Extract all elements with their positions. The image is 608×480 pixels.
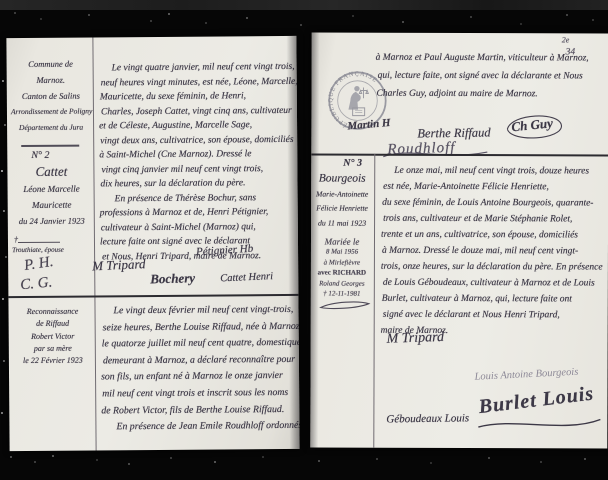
- manuscript-line: cultivateur à Saint-Michel (Marnoz) qui,: [101, 219, 296, 235]
- signature-bourgeois-faded: Louis Antoine Bourgeois: [474, 367, 578, 383]
- signature-cattet: Cattet Henri: [220, 271, 273, 284]
- film-speckles-left: [1, 60, 3, 62]
- act2-margin-line: Reconnaissance: [10, 305, 94, 318]
- manuscript-line: à Saint-Michel (Cne Marnoz). Dressé le: [99, 147, 295, 163]
- mention-line: avec RICHARD: [313, 268, 371, 279]
- signature-geboudeaux: Géboudeaux Louis: [386, 412, 469, 425]
- mention-line: à Mirlefièvre: [313, 257, 371, 268]
- commune-line: Arrondissement de Poligny: [11, 103, 91, 120]
- manuscript-line: professions à Marnoz et de, Henri Pétign…: [100, 205, 296, 221]
- manuscript-line: Mauricette, du sexe féminin, de Henri,: [100, 89, 295, 105]
- manuscript-line: du sexe féminin, de Louis Antoine Bourge…: [382, 195, 605, 212]
- manuscript-line: trois ans, cultivateur et de Marie Stéph…: [383, 211, 605, 228]
- act2-margin-line: Robert Victor: [11, 330, 95, 343]
- signature-flourish-oval: [503, 111, 565, 143]
- act3-surname: Bourgeois: [311, 170, 373, 187]
- mention-cross: †: [14, 235, 18, 244]
- signature-burlet: Burlet Louis: [477, 382, 595, 419]
- marianne-figure: [348, 86, 368, 116]
- manuscript-line: demeurant à Marnoz, a déclaré reconnaîtr…: [103, 352, 297, 370]
- act3-date: du 11 mai 1923: [311, 215, 373, 231]
- margin-mention: Trouthiate, épouse: [12, 246, 64, 254]
- film-noise-top: [0, 0, 608, 10]
- act-number: N° 3: [343, 158, 362, 169]
- mention-divider: [18, 242, 60, 243]
- act1-firstnames: Léone Marcelle: [10, 180, 94, 197]
- manuscript-line: son fils, un enfant né à Marnoz le onze …: [101, 368, 297, 386]
- act1-body: Le vingt quatre janvier, mil neuf cent v…: [99, 60, 297, 265]
- manuscript-line: trois, onze heures, sur la déclaration d…: [381, 259, 605, 276]
- act2-body: Le vingt deux février mil neuf cent ving…: [100, 302, 297, 436]
- microfilm-scan: Commune de Marnoz. Canton de Salins Arro…: [0, 0, 608, 480]
- mention-line: 8 Mai 1956: [313, 247, 371, 258]
- manuscript-line: vingt deux ans, cultivatrice, son épouse…: [100, 132, 295, 148]
- manuscript-line: seize heures, Berthe Louise Riffaud, née…: [103, 318, 297, 336]
- margin-initials: C. G.: [20, 274, 54, 294]
- marriage-mention: Mariée le 8 Mai 1956 à Mirlefièvre avec …: [313, 236, 371, 299]
- register-right-page: 2e 34 RÉPUBLIQUE FRANÇAISE: [310, 32, 608, 448]
- film-speckles-top: [0, 4, 2, 6]
- manuscript-line: dix heures, sur la déclaration du père.: [100, 176, 295, 192]
- manuscript-line: est née, Marie-Antoinette Félicie Henrie…: [383, 179, 605, 196]
- manuscript-line: à Marnoz. Dressé le douze mai, mil neuf …: [382, 243, 605, 260]
- manuscript-line: et de Céleste, Augustine, Marcelle Sage,: [99, 118, 295, 134]
- mention-line: † 12-11-1981: [313, 289, 371, 300]
- mention-line: Mariée le: [313, 236, 371, 247]
- manuscript-line: mil neuf cent vingt trois et inscrit sou…: [102, 385, 297, 403]
- act-number: N° 2: [31, 150, 49, 161]
- register-left-page: Commune de Marnoz. Canton de Salins Arro…: [6, 36, 299, 451]
- margin-rule: [92, 37, 96, 450]
- mention-flourish: [319, 301, 371, 311]
- act1-margin-name: Cattet Léone Marcelle Mauricette du 24 J…: [9, 161, 94, 229]
- manuscript-line: Charles, Joseph Cattet, vingt cinq ans, …: [101, 103, 295, 119]
- act2-margin-line: par sa mère: [11, 342, 95, 355]
- manuscript-line: qui, lecture faite, ont signé avec la dé…: [378, 67, 606, 86]
- act3-margin-name: Bourgeois Marie-Antoinette Félicie Henri…: [311, 170, 373, 231]
- manuscript-line: En présence de Jean Emile Roudhloff ordo…: [103, 418, 297, 436]
- corner-note: 2e: [562, 35, 570, 44]
- mention-line: Roland Georges: [313, 278, 371, 289]
- manuscript-line: à Marnoz et Paul Auguste Martin, viticul…: [376, 49, 606, 68]
- manuscript-line: de Robert Victor, fils de Berthe Louise …: [101, 401, 297, 419]
- manuscript-line: Charles Guy, adjoint au maire de Marnoz.: [376, 85, 605, 104]
- act1-firstnames: Mauricette: [10, 196, 94, 213]
- commune-line: Département du Jura: [11, 119, 91, 136]
- act2-margin-line: le 22 Février 1923: [11, 355, 95, 368]
- manuscript-line: Le vingt quatre janvier, mil neuf cent v…: [99, 60, 295, 76]
- act1-date: du 24 Janvier 1923: [10, 212, 94, 229]
- film-speckles-bottom: [0, 452, 2, 454]
- manuscript-line: Burlet, cultivateur à Marnoz, qui, lectu…: [382, 291, 605, 308]
- manuscript-line: neuf heures vingt minutes, est née, Léon…: [101, 74, 295, 90]
- manuscript-line: le quatorze juillet mil neuf cent quatre…: [102, 335, 297, 353]
- manuscript-line: vingt cinq janvier mil neuf cent vingt t…: [101, 161, 295, 177]
- signature-tripard: M Tripard: [92, 256, 146, 274]
- manuscript-line: Le onze mai, mil neuf cent vingt trois, …: [381, 163, 605, 180]
- act3-body: Le onze mai, mil neuf cent vingt trois, …: [381, 163, 606, 340]
- margin-initials: P. H.: [23, 254, 54, 275]
- signature-bochery: Bochery: [150, 270, 195, 287]
- signature-tripard: M Tripard: [386, 330, 444, 348]
- manuscript-line: Le vingt deux février mil neuf cent ving…: [100, 302, 296, 320]
- commune-header: Commune de Marnoz. Canton de Salins Arro…: [11, 55, 92, 136]
- act2-continuation: à Marnoz et Paul Auguste Martin, viticul…: [375, 49, 605, 104]
- manuscript-line: trente et un ans, cultivatrice, son épou…: [381, 227, 605, 244]
- act3-firstnames: Marie-Antoinette: [311, 187, 373, 201]
- margin-divider: [21, 145, 79, 147]
- act1-surname: Cattet: [9, 161, 93, 181]
- manuscript-line: signé avec le déclarant et Nous Henri Tr…: [383, 307, 605, 324]
- commune-line: Canton de Salins: [11, 87, 91, 104]
- act2-margin-line: de Riffaud: [11, 318, 95, 331]
- commune-line: Marnoz.: [11, 71, 91, 88]
- commune-line: Commune de: [11, 55, 91, 72]
- manuscript-line: En présence de Thérèse Bochur, sans: [102, 190, 296, 206]
- act2-margin: Reconnaissance de Riffaud Robert Victor …: [10, 305, 94, 367]
- act3-firstnames: Félicie Henriette: [311, 201, 373, 215]
- signature-flourish-swash: [474, 415, 604, 433]
- acts-divider: [8, 294, 298, 298]
- margin-rule: [373, 154, 375, 448]
- manuscript-line: de Louis Géboudeaux, cultivateur à Marno…: [383, 275, 605, 292]
